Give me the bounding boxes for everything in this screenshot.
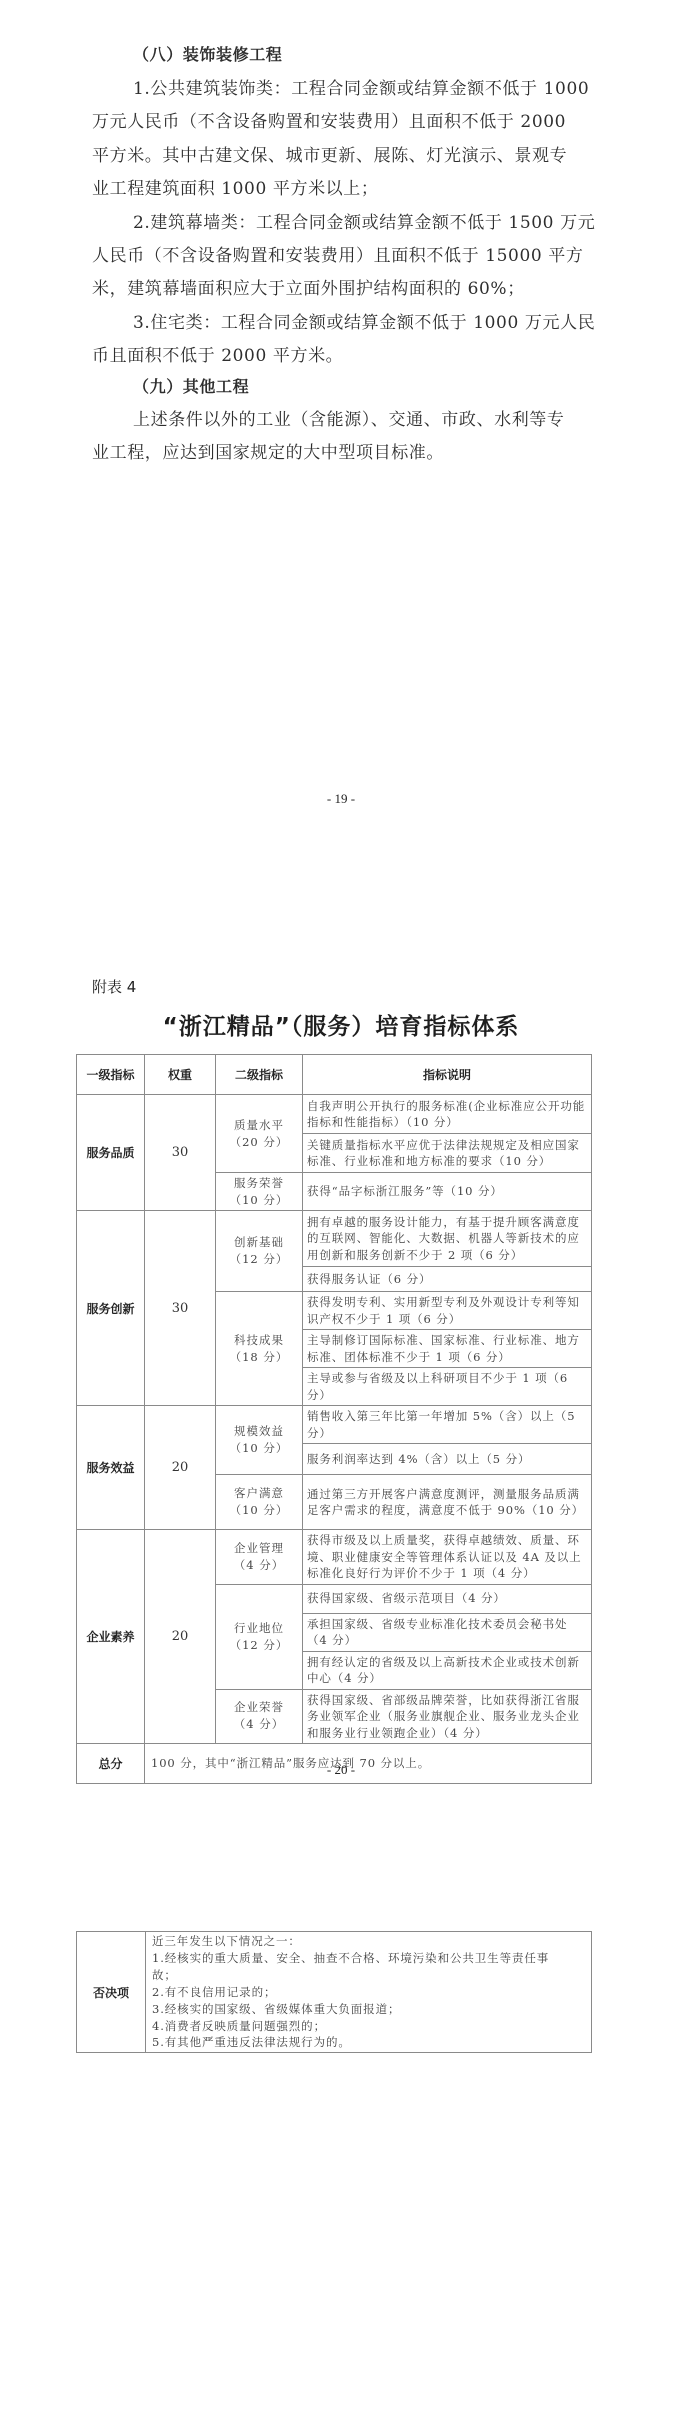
header-level2: 二级指标 [216,1055,303,1095]
description-cell: 获得国家级、省级示范项目（4 分） [303,1584,592,1613]
section-heading-9: （九）其他工程 [133,376,627,398]
page-number-19: - 19 - [0,791,682,807]
paragraph-line: 业工程，应达到国家规定的大中型项目标准。 [92,442,586,464]
level2-name: 服务荣誉 [216,1175,302,1192]
veto-line: 故； [152,1967,585,1984]
description-cell: 获得“品字标浙江服务”等（10 分） [303,1173,592,1211]
veto-line: 3.经核实的国家级、省级媒体重大负面报道； [152,2001,585,2018]
paragraph-line: 3.住宅类：工程合同金额或结算金额不低于 1000 万元人民 [133,312,586,334]
level2-cell: 服务荣誉（10 分） [216,1173,303,1211]
level2-score: （12 分） [216,1251,302,1268]
header-level1: 一级指标 [77,1055,145,1095]
table-title: “浙江精品”（服务）培育指标体系 [0,1008,682,1041]
table-row: 服务效益 20 规模效益（10 分） 销售收入第三年比第一年增加 5%（含）以上… [77,1406,592,1444]
level2-cell: 质量水平（20 分） [216,1095,303,1173]
veto-line: 5.有其他严重违反法律法规行为的。 [152,2034,585,2051]
appendix-label: 附表 4 [92,976,136,997]
paragraph-line: 1.公共建筑装饰类：工程合同金额或结算金额不低于 1000 [133,78,586,100]
level2-score: （10 分） [216,1192,302,1209]
table-row: 服务品质 30 质量水平（20 分） 自我声明公开执行的服务标准(企业标准应公开… [77,1095,592,1134]
level2-score: （12 分） [216,1637,302,1654]
header-weight: 权重 [145,1055,216,1095]
level1-cell: 服务品质 [77,1095,145,1211]
table-row: 服务创新 30 创新基础（12 分） 拥有卓越的服务设计能力，有基于提升顾客满意… [77,1211,592,1267]
description-cell: 承担国家级、省级专业标准化技术委员会秘书处（4 分） [303,1613,592,1651]
paragraph-line: 人民币（不含设备购置和安装费用）且面积不低于 15000 平方 [92,245,586,267]
description-cell: 获得市级及以上质量奖，获得卓越绩效、质量、环境、职业健康安全等管理体系认证以及 … [303,1530,592,1585]
paragraph-line: 币且面积不低于 2000 平方米。 [92,345,586,367]
description-cell: 拥有经认定的省级及以上高新技术企业或技术创新中心（4 分） [303,1651,592,1689]
paragraph-line: 上述条件以外的工业（含能源）、交通、市政、水利等专 [133,409,586,431]
indicator-table: 一级指标 权重 二级指标 指标说明 服务品质 30 质量水平（20 分） 自我声… [76,1054,592,1784]
level1-cell: 企业素养 [77,1530,145,1744]
level2-cell: 行业地位（12 分） [216,1584,303,1689]
paragraph-line: 平方米。其中古建文保、城市更新、展陈、灯光演示、景观专 [92,145,586,167]
level2-score: （20 分） [216,1134,302,1151]
veto-line: 近三年发生以下情况之一： [152,1933,585,1950]
description-cell: 主导或参与省级及以上科研项目不少于 1 项（6 分） [303,1368,592,1406]
description-cell: 主导制修订国际标准、国家标准、行业标准、地方标准、团体标准不少于 1 项（6 分… [303,1330,592,1368]
veto-line: 4.消费者反映质量问题强烈的； [152,2018,585,2035]
level2-score: （18 分） [216,1349,302,1366]
level2-score: （4 分） [216,1557,302,1574]
paragraph-line: 米，建筑幕墙面积应大于立面外围护结构面积的 60%； [92,278,586,300]
level2-cell: 科技成果（18 分） [216,1292,303,1406]
level2-score: （4 分） [216,1716,302,1733]
description-cell: 通过第三方开展客户满意度测评，测量服务品质满足客户需求的程度，满意度不低于 90… [303,1475,592,1530]
level2-name: 创新基础 [216,1234,302,1251]
level2-score: （10 分） [216,1502,302,1519]
level2-cell: 创新基础（12 分） [216,1211,303,1292]
level2-cell: 企业管理（4 分） [216,1530,303,1585]
page-number-20: - 20 - [0,1762,682,1778]
description-cell: 销售收入第三年比第一年增加 5%（含）以上（5 分） [303,1406,592,1444]
level2-name: 行业地位 [216,1620,302,1637]
level1-cell: 服务效益 [77,1406,145,1530]
description-cell: 服务利润率达到 4%（含）以上（5 分） [303,1444,592,1475]
level2-name: 科技成果 [216,1332,302,1349]
section-heading-8: （八）装饰装修工程 [133,44,627,66]
level2-score: （10 分） [216,1440,302,1457]
level2-name: 企业管理 [216,1540,302,1557]
veto-line: 2.有不良信用记录的； [152,1984,585,2001]
level2-cell: 企业荣誉（4 分） [216,1689,303,1744]
description-cell: 拥有卓越的服务设计能力，有基于提升顾客满意度的互联网、智能化、大数据、机器人等新… [303,1211,592,1267]
description-cell: 获得国家级、省部级品牌荣誉，比如获得浙江省服务业领军企业（服务业旗舰企业、服务业… [303,1689,592,1744]
description-cell: 获得服务认证（6 分） [303,1267,592,1292]
level2-name: 客户满意 [216,1485,302,1502]
level2-name: 企业荣誉 [216,1699,302,1716]
veto-table: 否决项 近三年发生以下情况之一： 1.经核实的重大质量、安全、抽查不合格、环境污… [76,1931,592,2053]
paragraph-line: 万元人民币（不含设备购置和安装费用）且面积不低于 2000 [92,111,586,133]
weight-cell: 30 [145,1211,216,1406]
description-cell: 自我声明公开执行的服务标准(企业标准应公开功能指标和性能指标）（10 分） [303,1095,592,1134]
level1-cell: 服务创新 [77,1211,145,1406]
level2-name: 规模效益 [216,1423,302,1440]
level2-cell: 规模效益（10 分） [216,1406,303,1475]
description-cell: 获得发明专利、实用新型专利及外观设计专利等知识产权不少于 1 项（6 分） [303,1292,592,1330]
veto-line: 1.经核实的重大质量、安全、抽查不合格、环境污染和公共卫生等责任事 [152,1950,585,1967]
description-cell: 关键质量指标水平应优于法律法规规定及相应国家标准、行业标准和地方标准的要求（10… [303,1134,592,1173]
header-description: 指标说明 [303,1055,592,1095]
paragraph-line: 业工程建筑面积 1000 平方米以上； [92,178,586,200]
weight-cell: 30 [145,1095,216,1211]
level2-cell: 客户满意（10 分） [216,1475,303,1530]
table-header-row: 一级指标 权重 二级指标 指标说明 [77,1055,592,1095]
veto-label: 否决项 [77,1932,146,2053]
level2-name: 质量水平 [216,1117,302,1134]
veto-conditions: 近三年发生以下情况之一： 1.经核实的重大质量、安全、抽查不合格、环境污染和公共… [146,1932,592,2053]
paragraph-line: 2.建筑幕墙类：工程合同金额或结算金额不低于 1500 万元 [133,212,586,234]
weight-cell: 20 [145,1406,216,1530]
table-row: 企业素养 20 企业管理（4 分） 获得市级及以上质量奖，获得卓越绩效、质量、环… [77,1530,592,1585]
weight-cell: 20 [145,1530,216,1744]
veto-row: 否决项 近三年发生以下情况之一： 1.经核实的重大质量、安全、抽查不合格、环境污… [77,1932,592,2053]
